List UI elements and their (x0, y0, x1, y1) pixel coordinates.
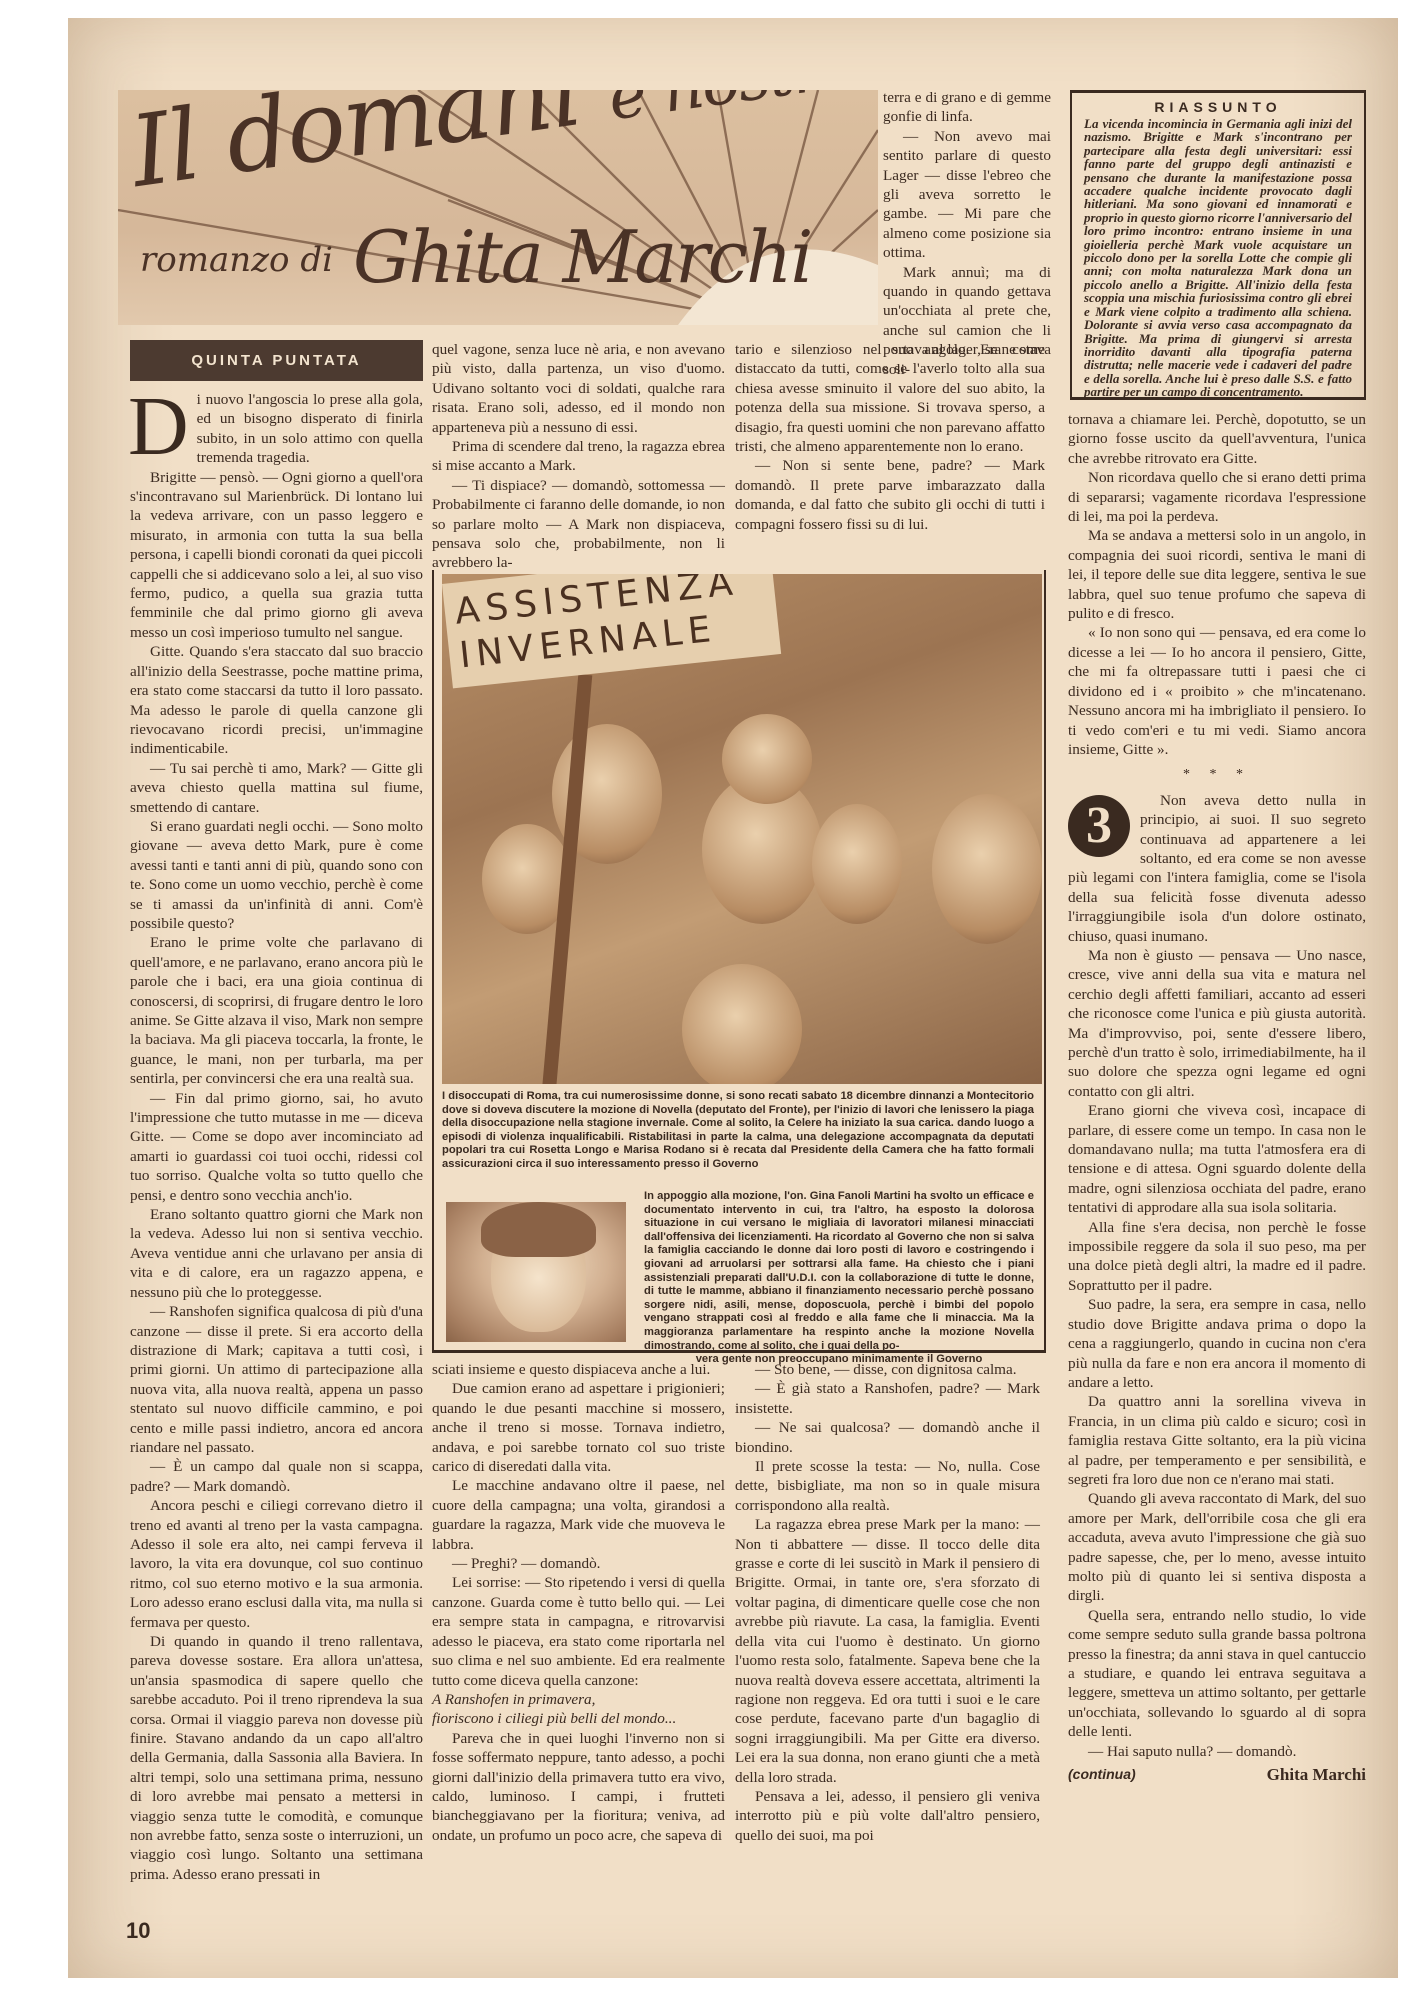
paragraph: Brigitte — pensò. — Ogni giorno a quell'… (130, 468, 423, 643)
figure (682, 964, 802, 1084)
paragraph: — Ranshofen significa qualcosa di più d'… (130, 1302, 423, 1457)
paragraph: — Ne sai qualcosa? — domandò anche il bi… (735, 1418, 1040, 1457)
paragraph: — È un campo dal quale non si scappa, pa… (130, 1457, 423, 1496)
paragraph: terra e di grano e di gemme gonfie di li… (883, 88, 1051, 127)
title-author: Ghita Marchi (353, 215, 811, 299)
paragraph: Le macchine andavano oltre il paese, nel… (432, 1476, 725, 1554)
paragraph: — Hai saputo nulla? — domandò. (1068, 1742, 1366, 1761)
figure (932, 794, 1042, 944)
title-header: Il domani è nostro romanzo di Ghita Marc… (118, 90, 878, 325)
signature-line: (continua) Ghita Marchi (1068, 1765, 1366, 1784)
paragraph: sciati insieme e questo dispiaceva anche… (432, 1360, 725, 1379)
paragraph: i nuovo l'angoscia lo prese alla gola, e… (197, 391, 423, 466)
paragraph: La ragazza ebrea prese Mark per la mano:… (735, 1515, 1040, 1787)
column2-bottom: sciati insieme e questo dispiaceva anche… (432, 1360, 725, 1845)
chapter-number-badge: 3 (1068, 795, 1130, 857)
paragraph: Pensava a lei, adesso, il pensiero gli v… (735, 1787, 1040, 1845)
paragraph: tario e silenzioso nel suo angolo. Era c… (735, 340, 1045, 456)
paragraph: — Non avevo mai sentito parlare di quest… (883, 127, 1051, 263)
paragraph: — Fin dal primo giorno, sai, ho avuto l'… (130, 1089, 423, 1205)
hair (481, 1202, 596, 1257)
paragraph: — Sto bene, — disse, con dignitosa calma… (735, 1360, 1040, 1379)
drop-cap: D (128, 396, 189, 458)
paragraph: Prima di scendere dal treno, la ragazza … (432, 437, 725, 476)
paragraph: quel vagone, senza luce nè aria, e non a… (432, 340, 725, 437)
column2-top: quel vagone, senza luce nè aria, e non a… (432, 340, 725, 573)
paragraph: Non ricordava quello che si erano detti … (1068, 468, 1366, 526)
paragraph: Ancora peschi e ciliegi correvano dietro… (130, 1496, 423, 1632)
paragraph: tornava a chiamare lei. Perchè, dopotutt… (1068, 410, 1366, 468)
paragraph: Il prete scosse la testa: — No, nulla. C… (735, 1457, 1040, 1515)
section-separator: * * * (1068, 765, 1366, 784)
paragraph: Alla fine s'era decisa, non perchè le fo… (1068, 1218, 1366, 1296)
paragraph: Da quattro anni la sorellina viveva in F… (1068, 1392, 1366, 1489)
paragraph: Erano le prime volte che parlavano di qu… (130, 933, 423, 1088)
paragraph: Ma non è giusto — pensava — Uno nasce, c… (1068, 946, 1366, 1101)
summary-body: La vicenda incomincia in Germania agli i… (1084, 117, 1352, 399)
paragraph: — Non si sente bene, padre? — Mark doman… (735, 456, 1045, 534)
paragraph: Si erano guardati negli occhi. — Sono mo… (130, 817, 423, 933)
paragraph: Erano giorni che viveva così, incapace d… (1068, 1101, 1366, 1217)
photo-caption: I disoccupati di Roma, tra cui numerosis… (442, 1090, 1034, 1172)
paragraph: Ma se andava a mettersi solo in un angol… (1068, 526, 1366, 623)
paragraph: Erano soltanto quattro giorni che Mark n… (130, 1205, 423, 1302)
title-subtitle: romanzo di (140, 240, 333, 280)
paragraph: — Tu sai perchè ti amo, Mark? — Gitte gl… (130, 759, 423, 817)
paragraph: — È già stato a Ranshofen, padre? — Mark… (735, 1379, 1040, 1418)
figure (722, 714, 812, 804)
column4: tornava a chiamare lei. Perchè, dopotutt… (1068, 410, 1366, 1784)
installment-banner: QUINTA PUNTATA (130, 340, 423, 381)
figure (812, 804, 902, 924)
paragraph: — Ti dispiace? — domandò, sottomessa — P… (432, 476, 725, 573)
paragraph: Quella sera, entrando nello studio, lo v… (1068, 1606, 1366, 1742)
verse-line: fioriscono i ciliegi più belli del mondo… (432, 1709, 725, 1728)
photo-caption-secondary: In appoggio alla mozione, l'on. Gina Fan… (644, 1190, 1034, 1367)
paragraph: Due camion erano ad aspettare i prigioni… (432, 1379, 725, 1476)
paragraph: Pareva che in quei luoghi l'inverno non … (432, 1729, 725, 1845)
paragraph: — Preghi? — domandò. (432, 1554, 725, 1573)
verse-line: A Ranshofen in primavera, (432, 1690, 725, 1709)
protest-sign: ASSISTENZA INVERNALE (442, 574, 781, 688)
column3-continued: tario e silenzioso nel suo angolo. Era c… (735, 340, 1045, 534)
page-number: 10 (126, 1918, 150, 1944)
continued-label: (continua) (1068, 1765, 1136, 1784)
column3-top: terra e di grano e di gemme gonfie di li… (883, 88, 1051, 379)
portrait-photo (446, 1202, 626, 1342)
summary-heading: RIASSUNTO (1084, 99, 1352, 115)
paragraph: « Io non sono qui — pensava, ed era come… (1068, 623, 1366, 759)
summary-box: RIASSUNTO La vicenda incomincia in Germa… (1070, 90, 1366, 400)
paragraph: Suo padre, la sera, era sempre in casa, … (1068, 1295, 1366, 1392)
paragraph: Gitte. Quando s'era staccato dal suo bra… (130, 642, 423, 758)
paragraph: Di quando in quando il treno rallentava,… (130, 1632, 423, 1884)
caption-text: In appoggio alla mozione, l'on. Gina Fan… (644, 1190, 1034, 1353)
column1: Di nuovo l'angoscia lo prese alla gola, … (130, 390, 423, 1884)
paragraph: Quando gli aveva raccontato di Mark, del… (1068, 1489, 1366, 1605)
protest-photo: ASSISTENZA INVERNALE (442, 574, 1042, 1084)
author-signature: Ghita Marchi (1267, 1765, 1366, 1784)
photo-block: ASSISTENZA INVERNALE I disoccupati di Ro… (432, 570, 1046, 1353)
column3-bottom: — Sto bene, — disse, con dignitosa calma… (735, 1360, 1040, 1845)
paragraph: Lei sorrise: — Sto ripetendo i versi di … (432, 1573, 725, 1689)
